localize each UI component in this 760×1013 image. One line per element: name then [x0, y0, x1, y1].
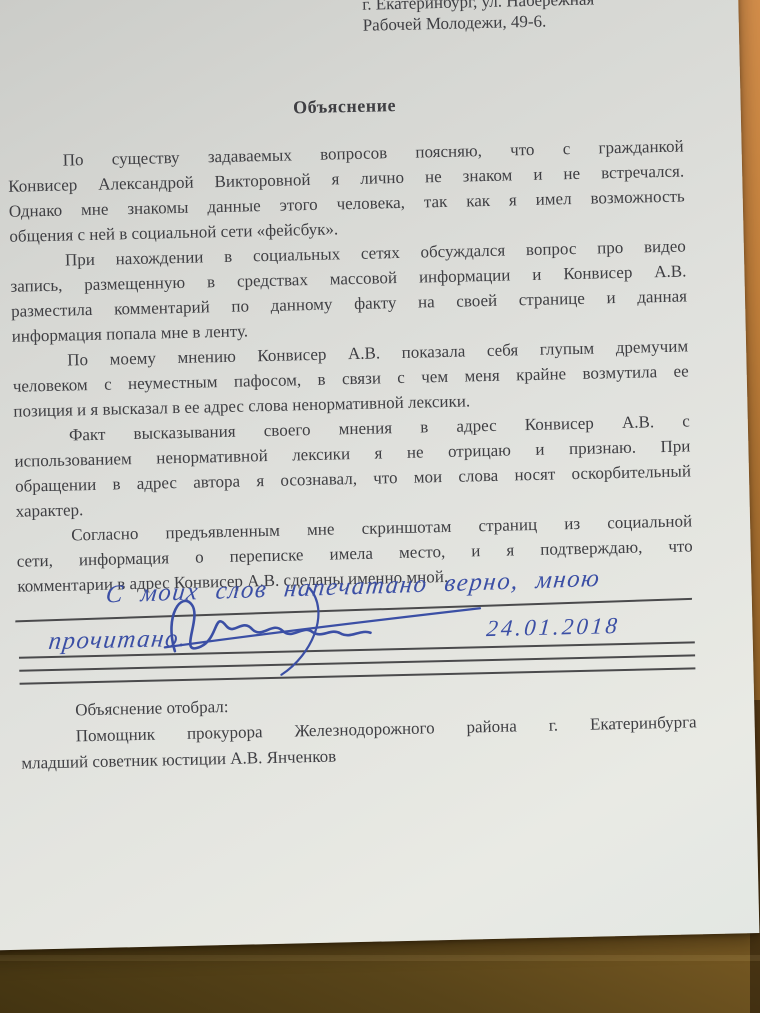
- doc-title: Объяснение: [6, 89, 682, 125]
- paragraph: Факт высказывания своего мнения в адрес …: [14, 408, 692, 523]
- paragraph: При нахождении в социальных сетях обсужд…: [10, 233, 688, 348]
- footer-block: Объяснение отобрал: Помощник прокурора Ж…: [20, 683, 698, 776]
- address-header: г. Екатеринбург, ул. Набережная Рабочей …: [362, 0, 681, 36]
- paragraph: По существу задаваемых вопросов поясняю,…: [7, 133, 685, 248]
- document-content: г. Екатеринбург, ул. Набережная Рабочей …: [4, 0, 697, 777]
- signature-scribble: [157, 578, 489, 681]
- handwritten-note: С моих слов напечатано верно, мною прочи…: [17, 565, 695, 684]
- paper-sheet: г. Екатеринбург, ул. Набережная Рабочей …: [0, 0, 759, 951]
- desk-wood-grain: [0, 955, 760, 961]
- desk-scene: г. Екатеринбург, ул. Набережная Рабочей …: [0, 0, 760, 1013]
- handwritten-date: 24.01.2018: [485, 613, 621, 642]
